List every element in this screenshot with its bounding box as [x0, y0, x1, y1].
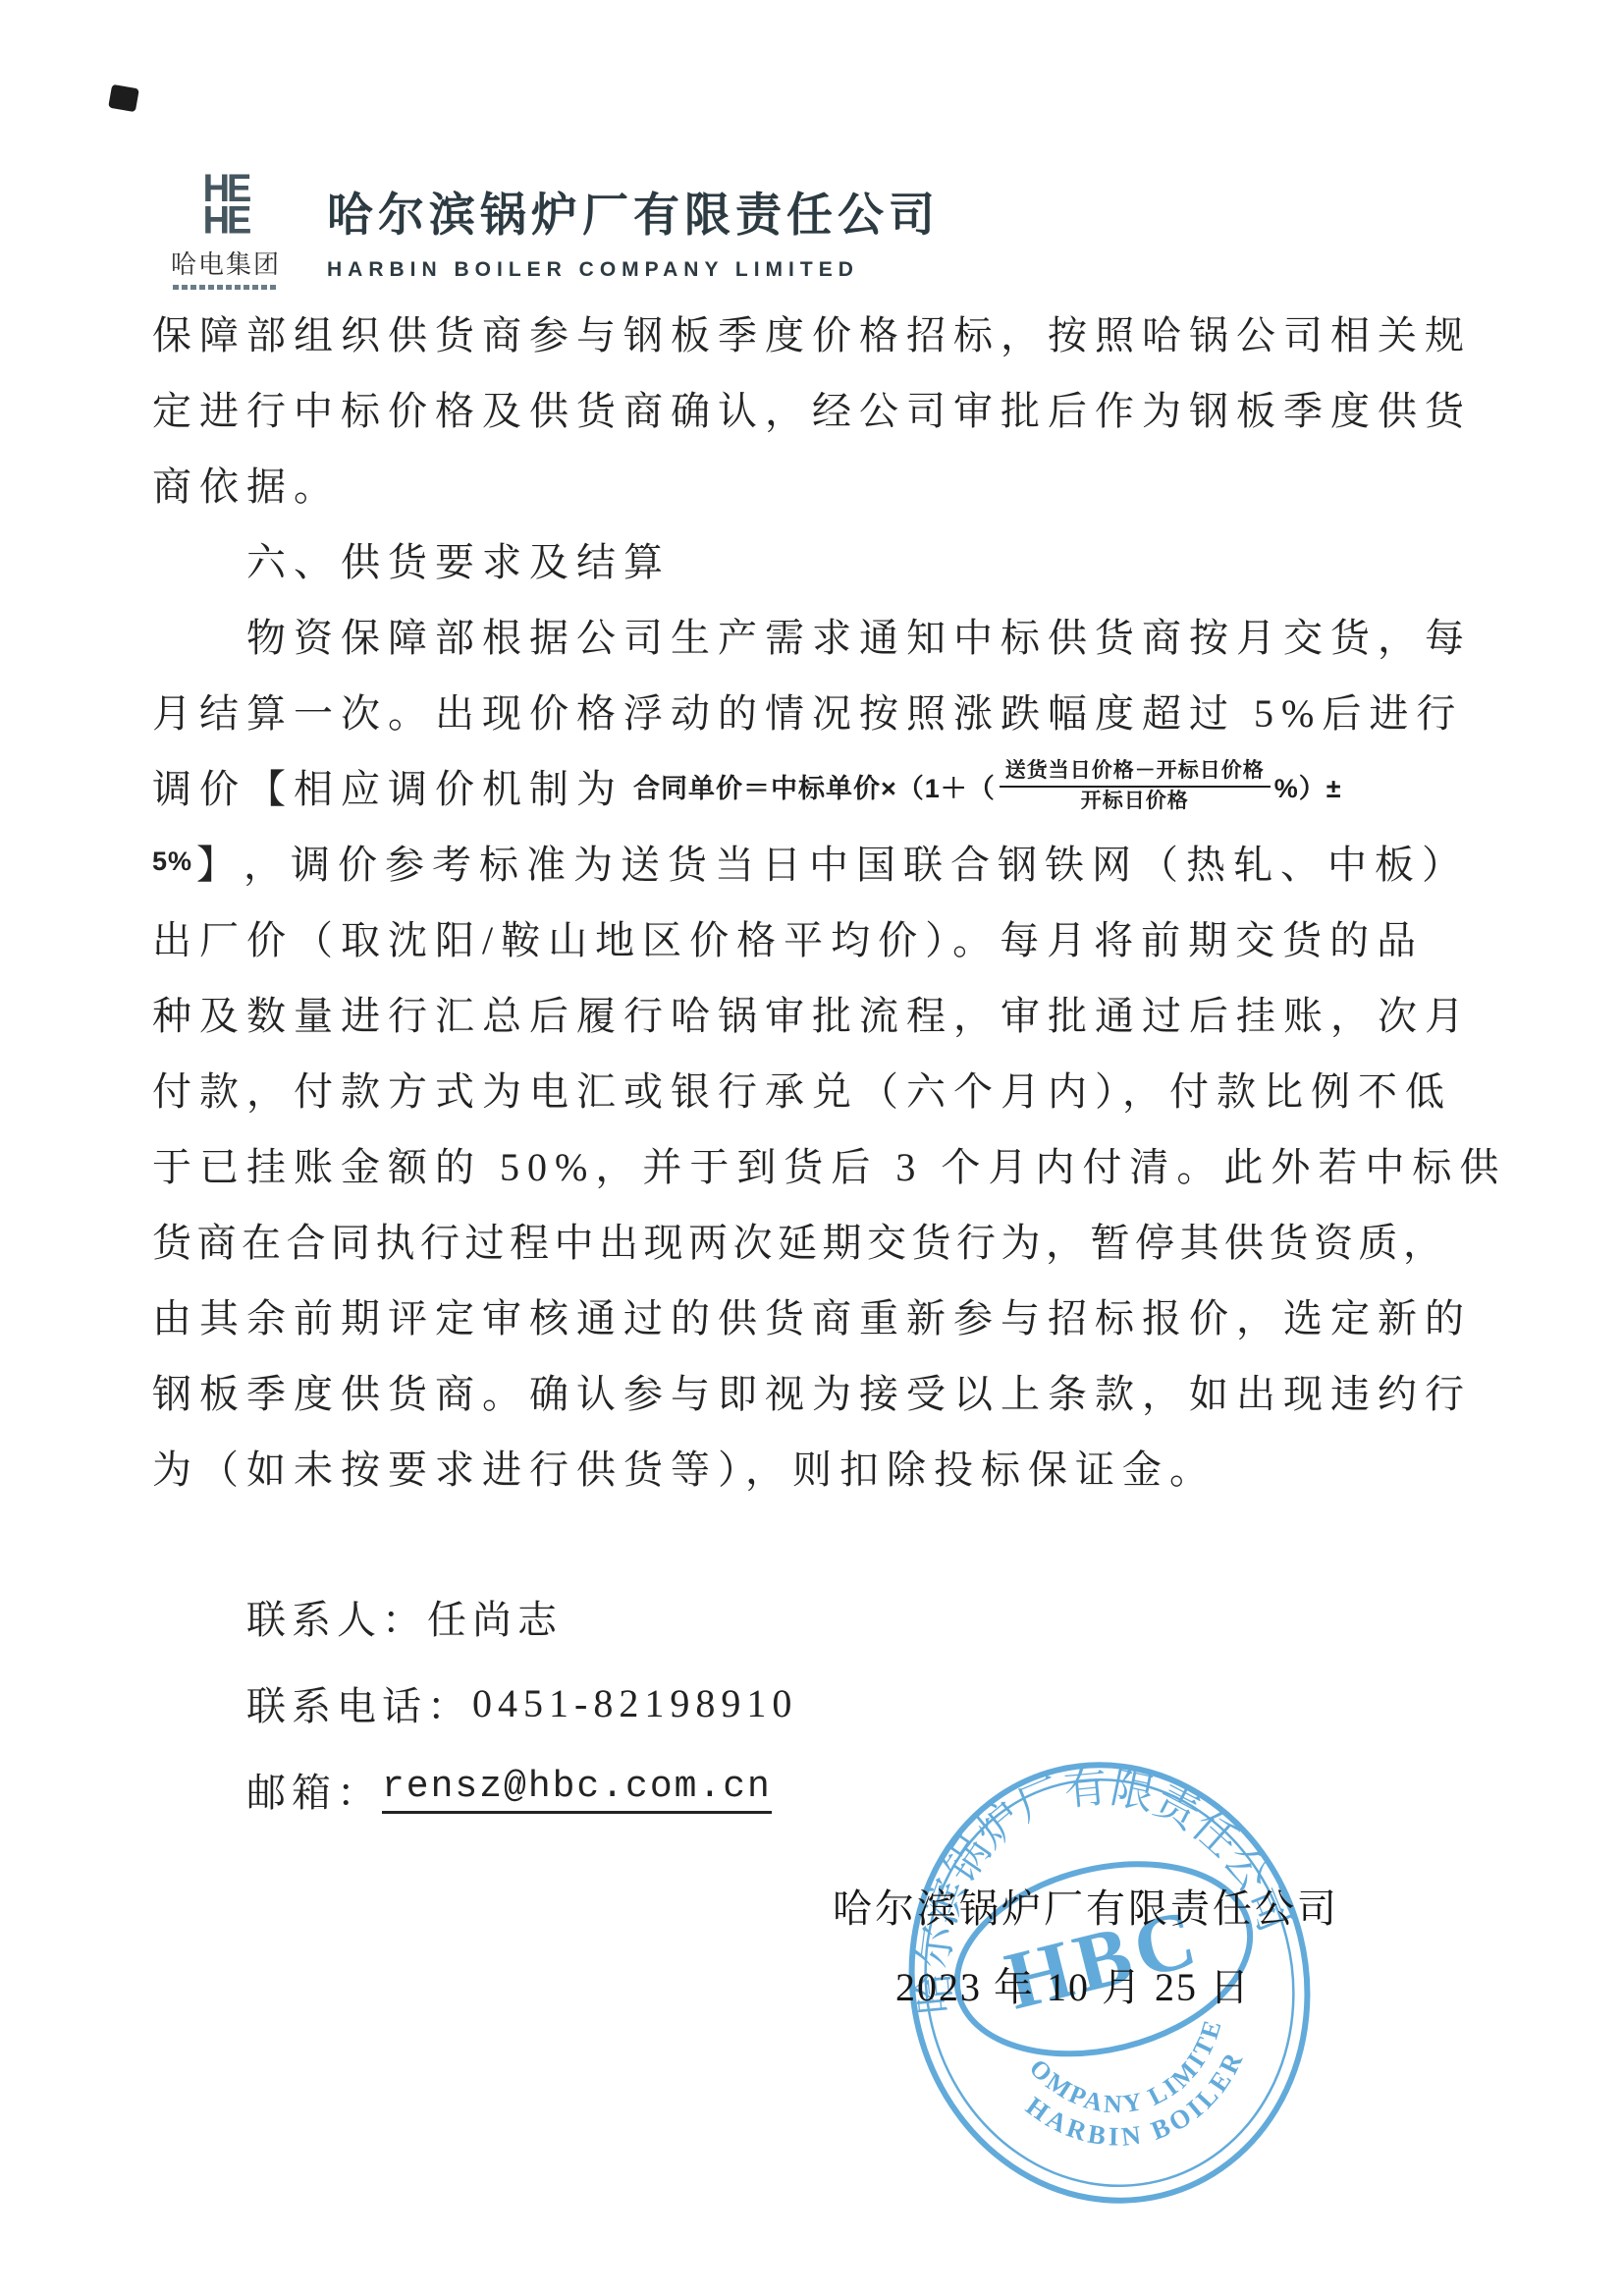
signature-date: 2023 年 10 月 25 日	[895, 1956, 1251, 2012]
signature-company-name: 哈尔滨锅炉厂有限责任公司	[833, 1878, 1339, 1934]
contact-phone-number: 0451-82198910	[472, 1680, 797, 1726]
logo-subtext-line	[173, 285, 279, 290]
contact-phone-label: 联系电话：	[246, 1675, 472, 1731]
body-line: 保障部组织供货商参与钢板季度价格招标，按照哈锅公司相关规	[152, 295, 1478, 370]
document-body: 保障部组织供货商参与钢板季度价格招标，按照哈锅公司相关规 定进行中标价格及供货商…	[152, 295, 1478, 1832]
body-line: 于已挂账金额的 50%，并于到货后 3 个月内付清。此外若中标供	[152, 1126, 1478, 1202]
formula-carry-line: 5% 】 ，调价参考标准为送货当日中国联合钢铁网（热轧、中板）	[152, 824, 1478, 900]
document-page: HE HE 哈电集团 哈尔滨锅炉厂有限责任公司 HARBIN BOILER CO…	[0, 0, 1623, 2296]
body-line: 为（如未按要求进行供货等），则扣除投标保证金。	[152, 1429, 1478, 1504]
body-line: ，调价参考标准为送货当日中国联合钢铁网（热轧、中板）	[243, 834, 1469, 890]
body-line: 钢板季度供货商。确认参与即视为接受以上条款，如出现违约行	[152, 1353, 1478, 1429]
body-line: 月结算一次。出现价格浮动的情况按照涨跌幅度超过 5%后进行	[152, 673, 1478, 748]
scan-artifact	[108, 84, 139, 112]
company-name-cn: 哈尔滨锅炉厂有限责任公司	[327, 179, 940, 245]
harbin-electric-logo: HE HE 哈电集团	[152, 175, 299, 290]
logo-mark-row: HE	[203, 205, 249, 238]
body-line: 货商在合同执行过程中出现两次延期交货行为，暂停其供货资质，	[152, 1202, 1478, 1278]
body-line: 种及数量进行汇总后履行哈锅审批流程，审批通过后挂账，次月	[152, 975, 1478, 1051]
price-adjustment-formula: 合同单价＝中标单价×（1＋（ 送货当日价格－开标日价格 开标日价格 %）±	[633, 759, 1342, 812]
body-line: 定进行中标价格及供货商确认，经公司审批后作为钢板季度供货	[152, 370, 1478, 446]
contact-block: 联系人： 任尚志 联系电话： 0451-82198910 邮箱： rensz@h…	[152, 1573, 1478, 1832]
harbin-electric-logo-mark: HE HE	[203, 173, 249, 237]
body-line: 商依据。	[152, 446, 1478, 521]
formula-line: 调价【相应调价机制为 合同单价＝中标单价×（1＋（ 送货当日价格－开标日价格 开…	[152, 748, 1478, 824]
formula-close-bracket: 】	[196, 834, 243, 890]
contact-person-label: 联系人：	[246, 1589, 427, 1645]
formula-fraction: 送货当日价格－开标日价格 开标日价格	[1000, 759, 1271, 812]
letterhead: HE HE 哈电集团 哈尔滨锅炉厂有限责任公司 HARBIN BOILER CO…	[152, 175, 940, 290]
company-names: 哈尔滨锅炉厂有限责任公司 HARBIN BOILER COMPANY LIMIT…	[327, 175, 940, 282]
section-heading: 六、供货要求及结算	[152, 521, 1478, 597]
contact-email-label: 邮箱：	[246, 1762, 382, 1818]
formula-suffix: %）±	[1274, 767, 1342, 805]
fraction-denominator: 开标日价格	[1081, 788, 1189, 813]
contact-person-name: 任尚志	[427, 1589, 563, 1645]
body-line: 出厂价（取沈阳/鞍山地区价格平均价）。每月将前期交货的品	[152, 900, 1478, 975]
formula-prefix: 调价【相应调价机制为	[152, 758, 623, 814]
body-line: 由其余前期评定审核通过的供货商重新参与招标报价，选定新的	[152, 1278, 1478, 1353]
body-line: 物资保障部根据公司生产需求通知中标供货商按月交货，每	[152, 597, 1478, 673]
contact-person-line: 联系人： 任尚志	[152, 1573, 1478, 1660]
formula-carry: 5%	[152, 847, 192, 877]
logo-group-name: 哈电集团	[152, 245, 299, 281]
contact-email-link[interactable]: rensz@hbc.com.cn	[382, 1766, 772, 1814]
contact-phone-line: 联系电话： 0451-82198910	[152, 1660, 1478, 1746]
fraction-numerator: 送货当日价格－开标日价格	[1000, 759, 1271, 787]
formula-lhs: 合同单价＝中标单价×（1＋（	[633, 767, 996, 805]
body-line: 付款，付款方式为电汇或银行承兑（六个月内），付款比例不低	[152, 1051, 1478, 1126]
company-name-en: HARBIN BOILER COMPANY LIMITED	[327, 258, 940, 282]
